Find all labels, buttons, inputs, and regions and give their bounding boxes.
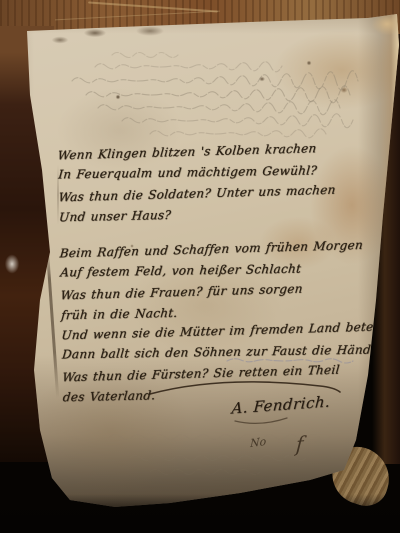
- shadow-overlay: [0, 494, 400, 533]
- ink-mark-f: f: [295, 431, 304, 456]
- paper-crease: [46, 248, 59, 398]
- poem-text: Wenn Klingen blitzen 's Kolben krachen I…: [57, 137, 379, 414]
- ink-mark-no: No: [250, 435, 266, 450]
- paint-spot: [3, 252, 21, 276]
- poem-stanza-1: Wenn Klingen blitzen 's Kolben krachen I…: [57, 141, 375, 232]
- manuscript-photo: Wenn Klingen blitzen 's Kolben krachen I…: [0, 0, 400, 533]
- manuscript-page: Wenn Klingen blitzen 's Kolben krachen I…: [0, 0, 400, 533]
- poem-stanza-2: Beim Raffen und Schaffen vom frühen Morg…: [59, 239, 377, 330]
